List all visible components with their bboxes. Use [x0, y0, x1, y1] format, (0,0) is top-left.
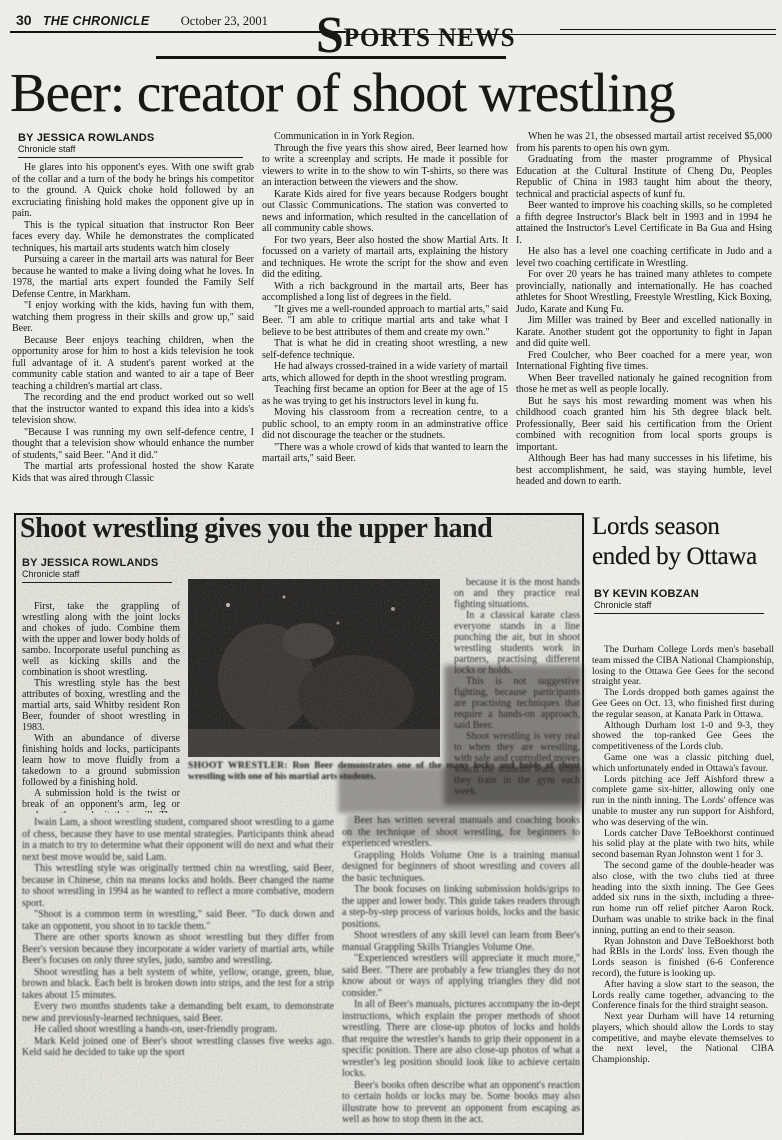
paragraph: "Because I was running my own self-defen…	[12, 427, 254, 462]
main-article-column-2: Communication in in York Region.Through …	[262, 131, 508, 508]
paragraph: He called shoot wrestling a hands-on, us…	[22, 1024, 334, 1036]
paragraph: Next year Durham will have 14 returning …	[592, 1012, 774, 1066]
paragraph: He glares into his opponent's eyes. With…	[12, 162, 254, 220]
header-thin-rule-2	[560, 29, 776, 30]
section-banner: SPORTS NEWS	[316, 16, 515, 56]
issue-date: October 23, 2001	[181, 14, 268, 28]
paragraph: "Shoot is a common term in wrestling," s…	[22, 909, 334, 932]
lords-article-headline: Lords season ended by Ottawa	[592, 512, 778, 572]
paragraph: For over 20 years he has trained many at…	[516, 269, 772, 315]
paragraph: The second game of the double-header was…	[592, 861, 774, 937]
paragraph: Game one was a classic pitching duel, wh…	[592, 753, 774, 775]
byline-role: Chronicle staff	[594, 600, 764, 613]
newspaper-page: 30 THE CHRONICLE October 23, 2001 SPORTS…	[0, 0, 782, 1140]
headline-line-1: Lords season	[592, 512, 778, 542]
paragraph: For two years, Beer also hosted the show…	[262, 235, 508, 281]
paragraph: With a rich background in the martail ar…	[262, 281, 508, 304]
masthead-rule	[10, 31, 346, 33]
paragraph: A submission hold is the twist or break …	[22, 788, 180, 813]
paragraph: Beer's books often describe what an oppo…	[342, 1080, 580, 1126]
lords-article-column: The Durham College Lords men's baseball …	[592, 645, 774, 1137]
main-byline: BY JESSICA ROWLANDS Chronicle staff	[18, 132, 243, 158]
byline-name: BY JESSICA ROWLANDS	[18, 132, 243, 144]
paragraph: "It gives me a well-rounded approach to …	[262, 304, 508, 339]
paragraph: Teaching first became an option for Beer…	[262, 384, 508, 407]
publication-name: THE CHRONICLE	[43, 14, 150, 28]
paragraph: Every two months students take a demandi…	[22, 1001, 334, 1024]
shoot-article-byline: BY JESSICA ROWLANDS Chronicle staff	[22, 557, 172, 583]
paragraph: Moving his classroom from a recreation c…	[262, 407, 508, 442]
shoot-article-left-column-bottom: Iwain Lam, a shoot wrestling student, co…	[22, 817, 334, 1127]
banner-rest: PORTS NEWS	[344, 23, 516, 52]
headline-line-2: ended by Ottawa	[592, 542, 778, 572]
paragraph: The recording and the end product worked…	[12, 392, 254, 427]
paragraph: The Durham College Lords men's baseball …	[592, 645, 774, 688]
paragraph: But he says his most rewarding moment wa…	[516, 396, 772, 454]
main-article-column-1: He glares into his opponent's eyes. With…	[12, 162, 254, 508]
paragraph: When Beer travelled nationaly he gained …	[516, 373, 772, 396]
paragraph: Mark Keld joined one of Beer's shoot wre…	[22, 1036, 334, 1059]
paragraph: There are other sports known as shoot wr…	[22, 932, 334, 967]
paragraph: This wrestling style has the best attrib…	[22, 678, 180, 733]
paragraph: In all of Beer's manuals, pictures accom…	[342, 999, 580, 1080]
paragraph: That is what he did in creating shoot wr…	[262, 338, 508, 361]
byline-role: Chronicle staff	[22, 569, 172, 582]
page-number: 30	[16, 12, 32, 28]
paragraph: Lords catcher Dave TeBoekhorst continued…	[592, 829, 774, 861]
byline-name: BY KEVIN KOBZAN	[594, 588, 764, 600]
photo-image	[188, 579, 440, 757]
paragraph: Although Beer has had many successes in …	[516, 453, 772, 488]
paragraph: First, take the grappling of wrestling a…	[22, 601, 180, 678]
byline-role: Chronicle staff	[18, 144, 243, 157]
paragraph: Lords pitching ace Jeff Aishford threw a…	[592, 775, 774, 829]
paragraph: Pursuing a career in the martail arts wa…	[12, 254, 254, 300]
lords-article-byline: BY KEVIN KOBZAN Chronicle staff	[594, 588, 764, 614]
paragraph: "There was a whole crowd of kids that wa…	[262, 442, 508, 465]
photo-caption-lead: SHOOT WRESTLER:	[188, 761, 288, 771]
paragraph: "Experienced wrestlers will appreciate i…	[342, 953, 580, 999]
paragraph: Although Durham lost 1-0 and 9-3, they s…	[592, 721, 774, 753]
paragraph: In a classical karate class everyone sta…	[454, 610, 580, 676]
paragraph: Through the five years this show aired, …	[262, 143, 508, 189]
paragraph: He also has a level one coaching certifi…	[516, 246, 772, 269]
paragraph: Because Beer enjoys teaching children, w…	[12, 335, 254, 393]
paragraph: Karate Kids aired for five years because…	[262, 189, 508, 235]
paragraph: This is not suggestive fighting, because…	[454, 676, 580, 731]
paragraph: Shoot wrestlers of any skill level can l…	[342, 930, 580, 953]
paragraph: Shoot wrestling is very real to when the…	[454, 731, 580, 797]
paragraph: because it is the most hands on and they…	[454, 577, 580, 610]
main-headline: Beer: creator of shoot wrestling	[10, 64, 778, 122]
paragraph: He had always crossed-trained in a wide …	[262, 361, 508, 384]
byline-name: BY JESSICA ROWLANDS	[22, 557, 172, 569]
paragraph: The martial arts professional hosted the…	[12, 461, 254, 484]
paragraph: With an abundance of diverse finishing h…	[22, 733, 180, 788]
paragraph: The book focuses on linking submission h…	[342, 884, 580, 930]
shoot-article-right-column-top: because it is the most hands on and they…	[454, 577, 580, 809]
paragraph: When he was 21, the obsessed martail art…	[516, 131, 772, 154]
paragraph: After having a slow start to the season,…	[592, 980, 774, 1012]
masthead: 30 THE CHRONICLE October 23, 2001	[16, 12, 268, 29]
paragraph: The Lords dropped both games against the…	[592, 688, 774, 720]
paragraph: "I enjoy working with the kids, having f…	[12, 300, 254, 335]
wrestling-photo	[188, 579, 440, 757]
shoot-article-left-column-top: First, take the grappling of wrestling a…	[22, 601, 180, 813]
paragraph: Graduating from the master programme of …	[516, 154, 772, 200]
paragraph: Jim Miller was trained by Beer and excel…	[516, 315, 772, 350]
paragraph: Ryan Johnston and Dave TeBoekhorst both …	[592, 937, 774, 980]
paragraph: Shoot wrestling has a belt system of whi…	[22, 967, 334, 1002]
paragraph: This wrestling style was originally term…	[22, 863, 334, 909]
paragraph: This is the typical situation that instr…	[12, 220, 254, 255]
shoot-article-box: Shoot wrestling gives you the upper hand…	[14, 513, 584, 1135]
paragraph: Beer has written several manuals and coa…	[342, 815, 580, 850]
main-article-column-3: When he was 21, the obsessed martail art…	[516, 131, 772, 508]
paragraph: Fred Coulcher, who Beer coached for a me…	[516, 350, 772, 373]
shoot-article-headline: Shoot wrestling gives you the upper hand	[20, 513, 578, 545]
paragraph: Communication in in York Region.	[262, 131, 508, 143]
banner-rule	[156, 56, 506, 59]
paragraph: Beer wanted to improve his coaching skil…	[516, 200, 772, 246]
paragraph: Iwain Lam, a shoot wrestling student, co…	[22, 817, 334, 863]
shoot-article-right-column-bottom: Beer has written several manuals and coa…	[342, 815, 580, 1129]
paragraph: Grappling Holds Volume One is a training…	[342, 850, 580, 885]
